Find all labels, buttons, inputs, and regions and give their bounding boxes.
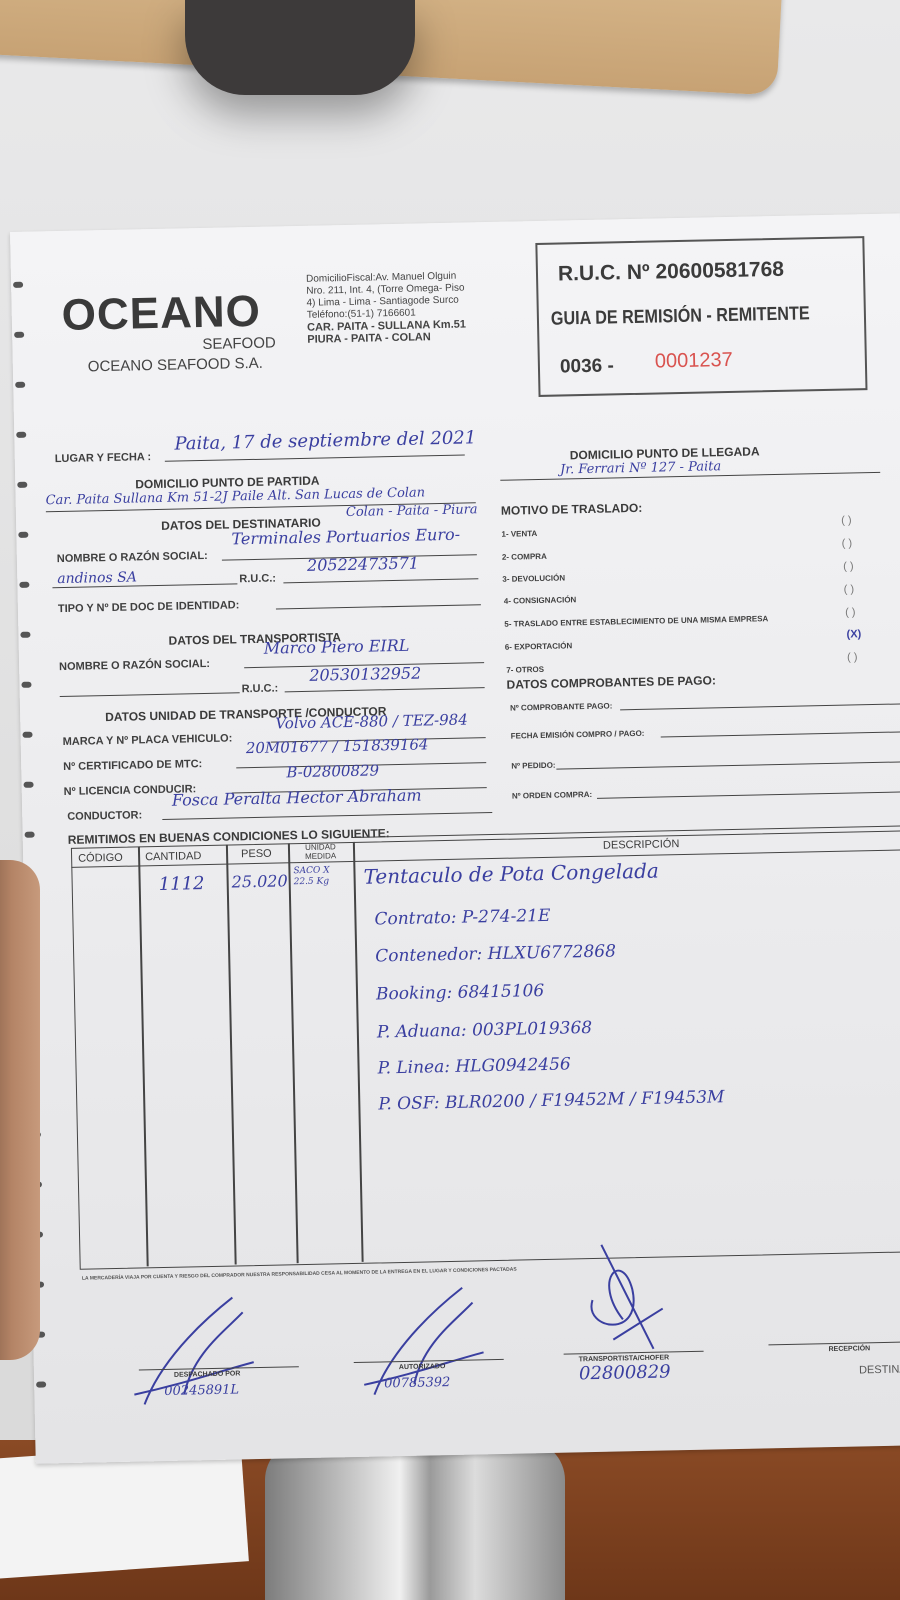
licencia-value: B-02800829 [286,761,379,781]
motivo-option: 2- COMPRA [502,552,547,562]
row-unidad: SACO X 22.5 Kg [293,865,351,888]
hand [0,860,40,1360]
destinatario-nombre-value-2: andinos SA [57,569,137,587]
motivo-checkbox[interactable]: ( ) [841,514,852,526]
recepcion-sub: DESTINATARIO [859,1363,900,1377]
autorizado-note: 00785392 [384,1375,450,1391]
comprobantes-header: DATOS COMPROBANTES DE PAGO: [506,673,716,691]
document-series: 0036 - [560,355,614,378]
note-linea: P. Linea: HLG0942456 [377,1054,571,1078]
company-legal-name: OCEANO SEAFOOD S.A. [88,355,263,376]
destinatario-nombre-value: Terminales Portuarios Euro- [231,525,460,549]
transportista-nombre-value: Marco Piero EIRL [264,636,410,658]
destinatario-ruc-label: R.U.C.: [239,573,276,586]
conductor-label: CONDUCTOR: [67,809,142,823]
mtc-value: 20M01677 / 151839164 [246,735,429,757]
ruc-box: R.U.C. Nº 20600581768 GUIA DE REMISIÓN -… [535,236,867,397]
document-number: 0001237 [655,349,733,374]
clipboard-clip-bottom [265,1440,565,1600]
company-logo-sub: SEAFOOD [202,334,276,353]
despachado-label: DESPACHADO POR [174,1370,241,1378]
motivo-option: 1- VENTA [501,529,537,539]
transportista-note: 02800829 [579,1361,671,1384]
col-cantidad: CANTIDAD [145,850,201,863]
despachado-note: 00245891L [164,1382,239,1399]
motivo-header: MOTIVO DE TRASLADO: [501,501,643,518]
conductor-value: Fosca Peralta Hector Abraham [172,786,422,810]
pedido-label: Nº PEDIDO: [511,761,555,771]
motivo-checkbox[interactable]: ( ) [844,583,855,595]
document-title: GUIA DE REMISIÓN - REMITENTE [551,303,810,330]
col-unidad-medida: UNIDAD MEDIDA [293,842,348,861]
ruc-number: R.U.C. Nº 20600581768 [558,258,784,287]
motivo-checkbox[interactable]: ( ) [847,651,858,663]
clipboard-clip-top [185,0,415,95]
destinatario-nombre-label: NOMBRE O RAZÓN SOCIAL: [57,550,208,565]
motivo-option: 4- CONSIGNACIÓN [504,595,577,606]
orden-compra-label: Nº ORDEN COMPRA: [512,790,592,801]
motivo-option: 6- EXPORTACIÓN [505,641,573,651]
motivo-option: 7- OTROS [506,665,544,675]
marca-placa-value: Volvo ACE-880 / TEZ-984 [275,711,468,733]
company-logo: OCEANO [61,287,261,341]
destinatario-ruc-value: 20522473571 [307,554,419,575]
motivo-checkbox-checked[interactable]: (X) [846,628,861,640]
destinatario-doc-label: TIPO Y Nº DE DOC DE IDENTIDAD: [58,599,240,615]
note-contrato: Contrato: P-274-21E [374,906,550,930]
lugar-fecha-label: LUGAR Y FECHA : [55,451,152,465]
row-peso: 25.020 [231,871,287,891]
company-address: DomicilioFiscal:Av. Manuel Olguin Nro. 2… [306,270,466,345]
items-table [71,830,900,1269]
comprobante-pago-label: Nº COMPROBANTE PAGO: [510,701,612,712]
motivo-option: 5- TRASLADO ENTRE ESTABLECIMIENTO DE UNA… [504,614,768,629]
marca-placa-label: MARCA Y Nº PLACA VEHICULO: [63,732,233,748]
disclaimer: LA MERCADERÍA VIAJA POR CUENTA Y RIESGO … [82,1267,517,1282]
guia-de-remision-document: OCEANO SEAFOOD OCEANO SEAFOOD S.A. Domic… [10,213,900,1463]
col-codigo: CÓDIGO [78,852,123,865]
signature-scribble-icon [571,1238,683,1360]
mtc-label: Nº CERTIFICADO DE MTC: [63,758,202,773]
col-peso: PESO [241,848,272,861]
motivo-checkbox[interactable]: ( ) [843,560,854,572]
motivo-checkbox[interactable]: ( ) [845,606,856,618]
recepcion-label: RECEPCIÓN [829,1345,871,1353]
row-cantidad: 1112 [158,873,204,895]
transportista-ruc-value: 20530132952 [309,663,421,684]
punto-partida-value-2: Colan - Paita - Piura [346,502,478,520]
motivo-option: 3- DEVOLUCIÓN [502,573,565,583]
fecha-emision-label: FECHA EMISIÓN COMPRO / PAGO: [511,729,645,741]
col-descripcion: DESCRIPCIÓN [603,838,680,852]
lugar-fecha-value: Paita, 17 de septiembre del 2021 [174,427,476,454]
transportista-ruc-label: R.U.C.: [242,682,279,695]
autorizado-label: AUTORIZADO [399,1363,446,1371]
motivo-checkbox[interactable]: ( ) [842,537,853,549]
transportista-nombre-label: NOMBRE O RAZÓN SOCIAL: [59,658,210,673]
note-booking: Booking: 68415106 [376,981,545,1005]
